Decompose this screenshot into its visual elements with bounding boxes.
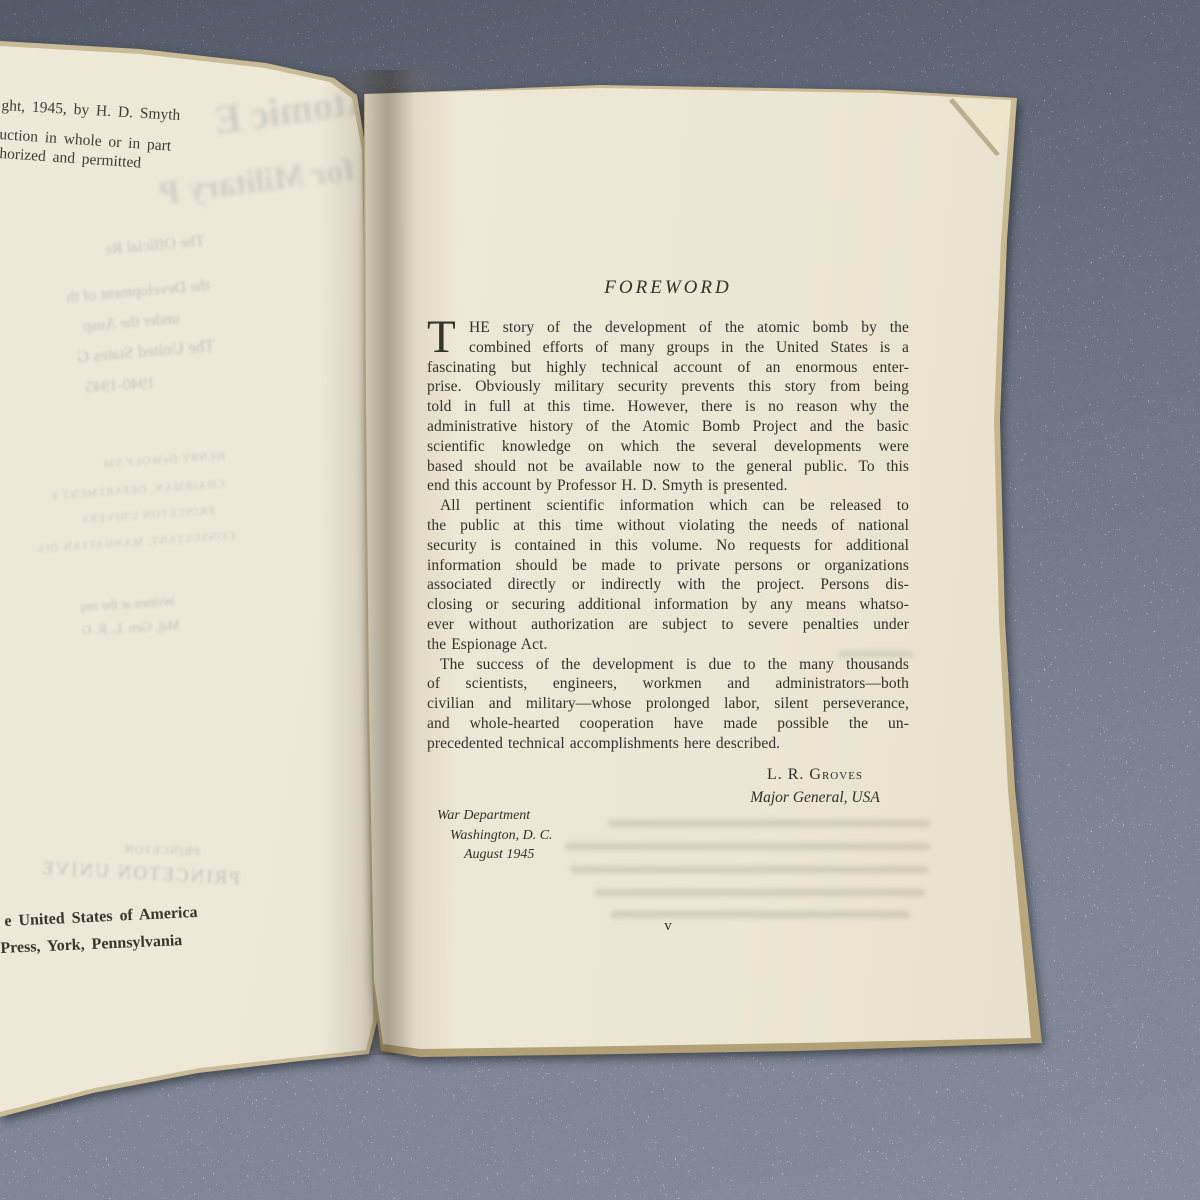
text-line: ever without authorization are subject t… [427,615,909,635]
text-line: HE story of the development of the atomi… [469,318,909,338]
paragraph-2: All pertinent scientific information whi… [427,496,909,654]
page-number: v [427,918,909,935]
text-line: combined efforts of many groups in the U… [469,338,909,358]
foreword-body: HE story of the development of the atomi… [427,318,909,754]
showthrough-smudge [608,820,930,827]
foreword-heading: FOREWORD [427,277,909,299]
text-line: the public at this time without violatin… [427,516,909,536]
text-line: fascinating but highly technical account… [427,358,909,378]
text-line: Washington, D. C. [450,826,553,846]
open-book: Atomic E for Military P The Official Re … [0,0,1200,1200]
text-line: scientific knowledge on which the severa… [427,437,909,457]
text-line: administrative history of the Atomic Bom… [427,417,909,437]
text-line: the Espionage Act. [427,635,909,655]
right-page: FOREWORD T HE story of the development o… [0,0,1200,1200]
text-line: and whole-hearted cooperation have made … [427,714,909,734]
signature-name: L. R. Groves [680,764,950,785]
text-line: information should be made to private pe… [427,556,909,576]
text-line: of scientists, engineers, workmen and ad… [427,674,909,694]
text-line: War Department [437,806,553,826]
paragraph-1: HE story of the development of the atomi… [427,318,909,496]
text-line: All pertinent scientific information whi… [427,496,909,516]
showthrough-smudge [565,843,930,850]
signature-title: Major General, USA [680,787,950,808]
dateline-block: War DepartmentWashington, D. C.August 19… [437,806,553,865]
text-line: The success of the development is due to… [427,655,909,675]
text-line: prise. Obviously military security preve… [427,377,909,397]
text-line: associated directly or indirectly with t… [427,575,909,595]
text-line: security is contained in this volume. No… [427,536,909,556]
showthrough-smudge [595,889,925,896]
text-line: told in full at this time. However, ther… [427,397,909,417]
paragraph-3: The success of the development is due to… [427,655,909,754]
text-line: closing or securing additional informati… [427,595,909,615]
right-page-shadow-wrap: FOREWORD T HE story of the development o… [0,0,1200,1200]
text-line: August 1945 [464,845,553,865]
showthrough-smudge [610,911,910,918]
text-line: precedented technical accomplishments he… [427,734,909,754]
text-line: based should not be available now to the… [427,457,909,477]
photo-scene: Atomic E for Military P The Official Re … [0,0,1200,1200]
signature-block: L. R. Groves Major General, USA [680,764,950,808]
showthrough-smudge [570,866,928,873]
text-line: end this account by Professor H. D. Smyt… [427,476,909,496]
text-line: civilian and military—whose prolonged la… [427,694,909,714]
showthrough-smudge [838,651,914,657]
